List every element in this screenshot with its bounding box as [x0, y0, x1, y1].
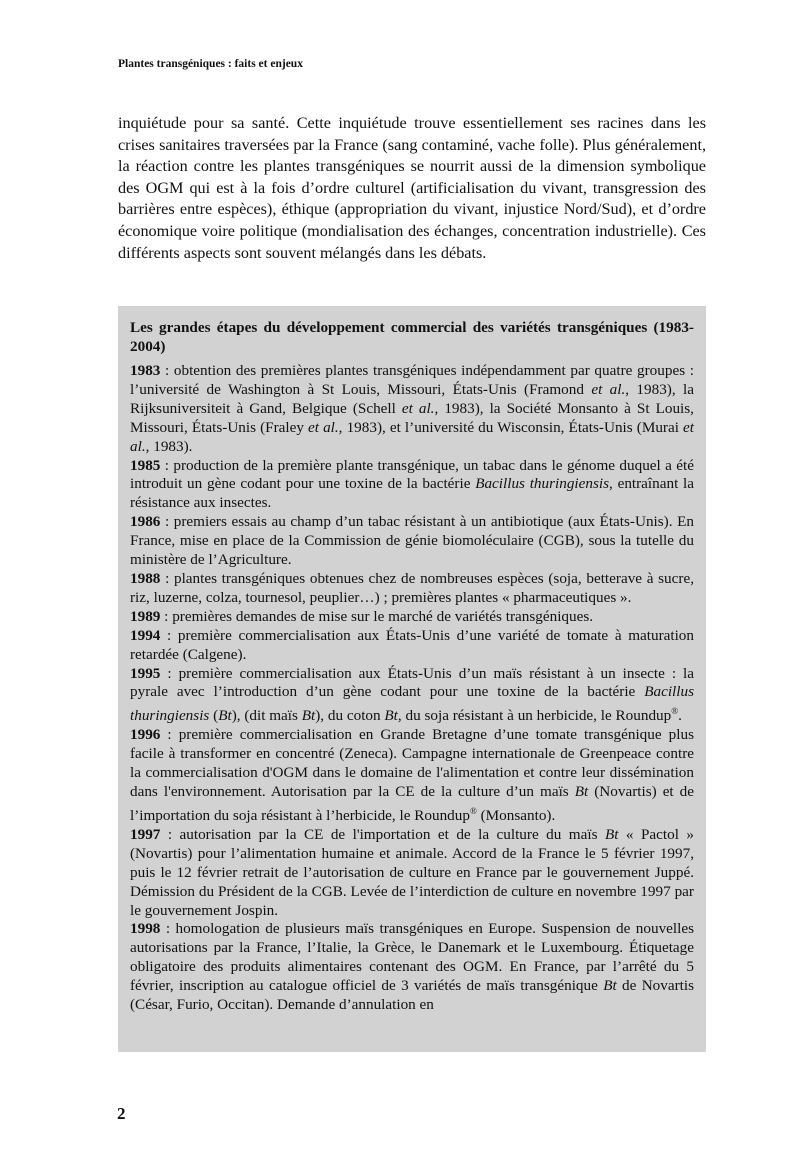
entry-text: 1983), et l’université du Wisconsin, Éta…: [342, 419, 683, 436]
entry-text: ), du coton: [315, 707, 384, 724]
entry-text: : plantes transgéniques obtenues chez de…: [130, 570, 694, 606]
entry-text: : première commercialisation aux États-U…: [130, 665, 694, 701]
entry-text: : premiers essais au champ d’un tabac ré…: [130, 513, 694, 568]
timeline-entry: 1989 : premières demandes de mise sur le…: [130, 608, 694, 627]
timeline-entry: 1983 : obtention des premières plantes t…: [130, 362, 694, 457]
entry-text: ), (dit maïs: [232, 707, 302, 724]
timeline-entries: 1983 : obtention des premières plantes t…: [130, 362, 694, 1015]
entry-year: 1983: [130, 362, 160, 379]
entry-text: : première commercialisation aux États-U…: [130, 627, 694, 663]
italic-text: Bt: [605, 826, 619, 843]
italic-text: et al.: [402, 400, 435, 417]
entry-text: , du soja résistant à un herbicide, le R…: [398, 707, 671, 724]
intro-paragraph: inquiétude pour sa santé. Cette inquiétu…: [118, 113, 706, 264]
entry-year: 1997: [130, 826, 160, 843]
timeline-entry: 1994 : première commercialisation aux Ét…: [130, 627, 694, 665]
entry-year: 1988: [130, 570, 160, 587]
italic-text: Bt: [218, 707, 232, 724]
timeline-entry: 1997 : autorisation par la CE de l'impor…: [130, 826, 694, 921]
entry-year: 1989: [130, 608, 160, 625]
timeline-entry: 1986 : premiers essais au champ d’un tab…: [130, 513, 694, 570]
running-head: Plantes transgéniques : faits et enjeux: [118, 58, 303, 70]
italic-text: Bt: [575, 783, 589, 800]
timeline-entry: 1995 : première commercialisation aux Ét…: [130, 665, 694, 727]
entry-year: 1995: [130, 665, 160, 682]
timeline-entry: 1998 : homologation de plusieurs maïs tr…: [130, 920, 694, 1015]
box-title: Les grandes étapes du développement comm…: [130, 318, 694, 356]
italic-text: Bt: [302, 707, 316, 724]
italic-text: Bacillus thuringiensis: [475, 475, 609, 492]
entry-text: (Monsanto).: [477, 807, 555, 824]
entry-year: 1996: [130, 726, 160, 743]
page-number: 2: [117, 1104, 126, 1124]
entry-year: 1986: [130, 513, 160, 530]
entry-year: 1994: [130, 627, 160, 644]
italic-text: Bt: [384, 707, 398, 724]
italic-text: et al.: [591, 381, 625, 398]
timeline-entry: 1985 : production de la première plante …: [130, 457, 694, 514]
timeline-entry: 1988 : plantes transgéniques obtenues ch…: [130, 570, 694, 608]
timeline-entry: 1996 : première commercialisation en Gra…: [130, 726, 694, 826]
entry-year: 1998: [130, 920, 160, 937]
entry-text: (: [209, 707, 218, 724]
entry-year: 1985: [130, 457, 160, 474]
entry-text: : autorisation par la CE de l'importatio…: [160, 826, 605, 843]
italic-text: Bt: [603, 977, 617, 994]
entry-text: , 1983).: [146, 438, 193, 455]
italic-text: et al.,: [308, 419, 342, 436]
entry-text: : premières demandes de mise sur le marc…: [160, 608, 593, 625]
timeline-box: Les grandes étapes du développement comm…: [118, 306, 706, 1052]
entry-text: .: [678, 707, 682, 724]
entry-text: ®: [470, 806, 477, 816]
